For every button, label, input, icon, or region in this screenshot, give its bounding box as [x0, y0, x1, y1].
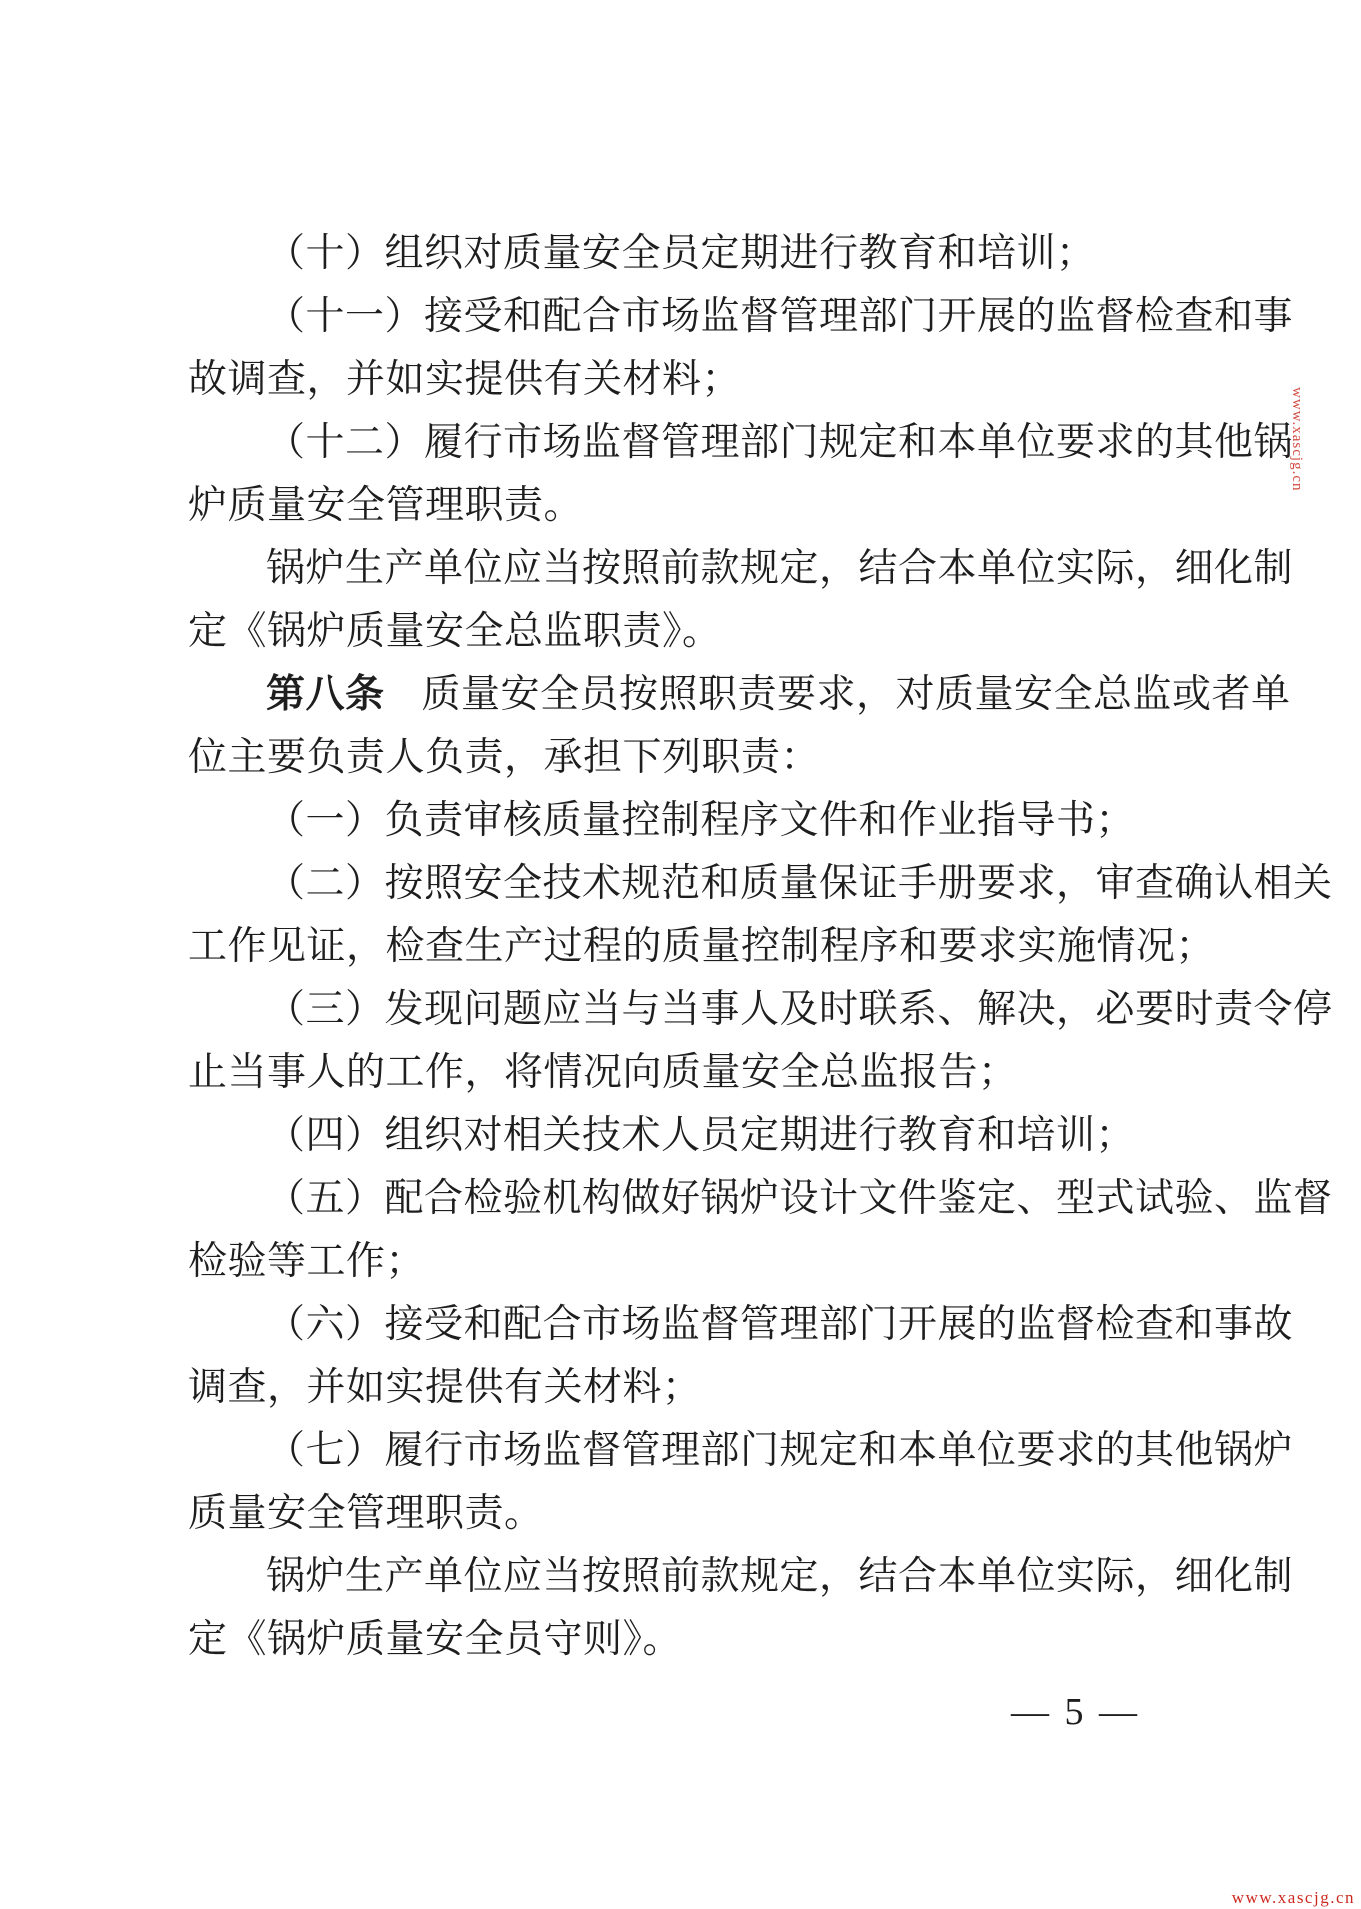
text-line: 故调查，并如实提供有关材料；	[188, 348, 1218, 411]
text-line: 炉质量安全管理职责。	[188, 474, 1218, 537]
text-line: 止当事人的工作，将情况向质量安全总监报告；	[188, 1041, 1218, 1104]
watermark-corner: www.xascjg.cn	[1232, 1888, 1355, 1908]
text-line: （三）发现问题应当与当事人及时联系、解决，必要时责令停	[188, 978, 1218, 1041]
text-line: （六）接受和配合市场监督管理部门开展的监督检查和事故	[188, 1293, 1218, 1356]
watermark-side: www.xascjg.cn	[1288, 387, 1305, 517]
text-line: （十）组织对质量安全员定期进行教育和培训；	[188, 222, 1218, 285]
text-line: 质量安全管理职责。	[188, 1482, 1218, 1545]
text-line: （十一）接受和配合市场监督管理部门开展的监督检查和事	[188, 285, 1218, 348]
text-line-article-8: 第八条质量安全员按照职责要求，对质量安全总监或者单	[188, 663, 1218, 726]
document-body: （十）组织对质量安全员定期进行教育和培训； （十一）接受和配合市场监督管理部门开…	[188, 222, 1218, 1671]
text-line: 定《锅炉质量安全员守则》。	[188, 1608, 1218, 1671]
text-line: 锅炉生产单位应当按照前款规定，结合本单位实际，细化制	[188, 1545, 1218, 1608]
text-line: （四）组织对相关技术人员定期进行教育和培训；	[188, 1104, 1218, 1167]
text-line: 检验等工作；	[188, 1230, 1218, 1293]
text-line: （七）履行市场监督管理部门规定和本单位要求的其他锅炉	[188, 1419, 1218, 1482]
text-line: 工作见证，检查生产过程的质量控制程序和要求实施情况；	[188, 915, 1218, 978]
text-line: （五）配合检验机构做好锅炉设计文件鉴定、型式试验、监督	[188, 1167, 1218, 1230]
text-line: （二）按照安全技术规范和质量保证手册要求，审查确认相关	[188, 852, 1218, 915]
article-8-number: 第八条	[266, 673, 385, 716]
article-8-text: 质量安全员按照职责要求，对质量安全总监或者单	[422, 673, 1291, 716]
text-line: 锅炉生产单位应当按照前款规定，结合本单位实际，细化制	[188, 537, 1218, 600]
text-line: 位主要负责人负责，承担下列职责：	[188, 726, 1218, 789]
text-line: 调查，并如实提供有关材料；	[188, 1356, 1218, 1419]
text-line: 定《锅炉质量安全总监职责》。	[188, 600, 1218, 663]
document-page: （十）组织对质量安全员定期进行教育和培训； （十一）接受和配合市场监督管理部门开…	[0, 0, 1361, 1909]
text-line: （十二）履行市场监督管理部门规定和本单位要求的其他锅	[188, 411, 1218, 474]
page-number: — 5 —	[1011, 1690, 1140, 1734]
text-line: （一）负责审核质量控制程序文件和作业指导书；	[188, 789, 1218, 852]
